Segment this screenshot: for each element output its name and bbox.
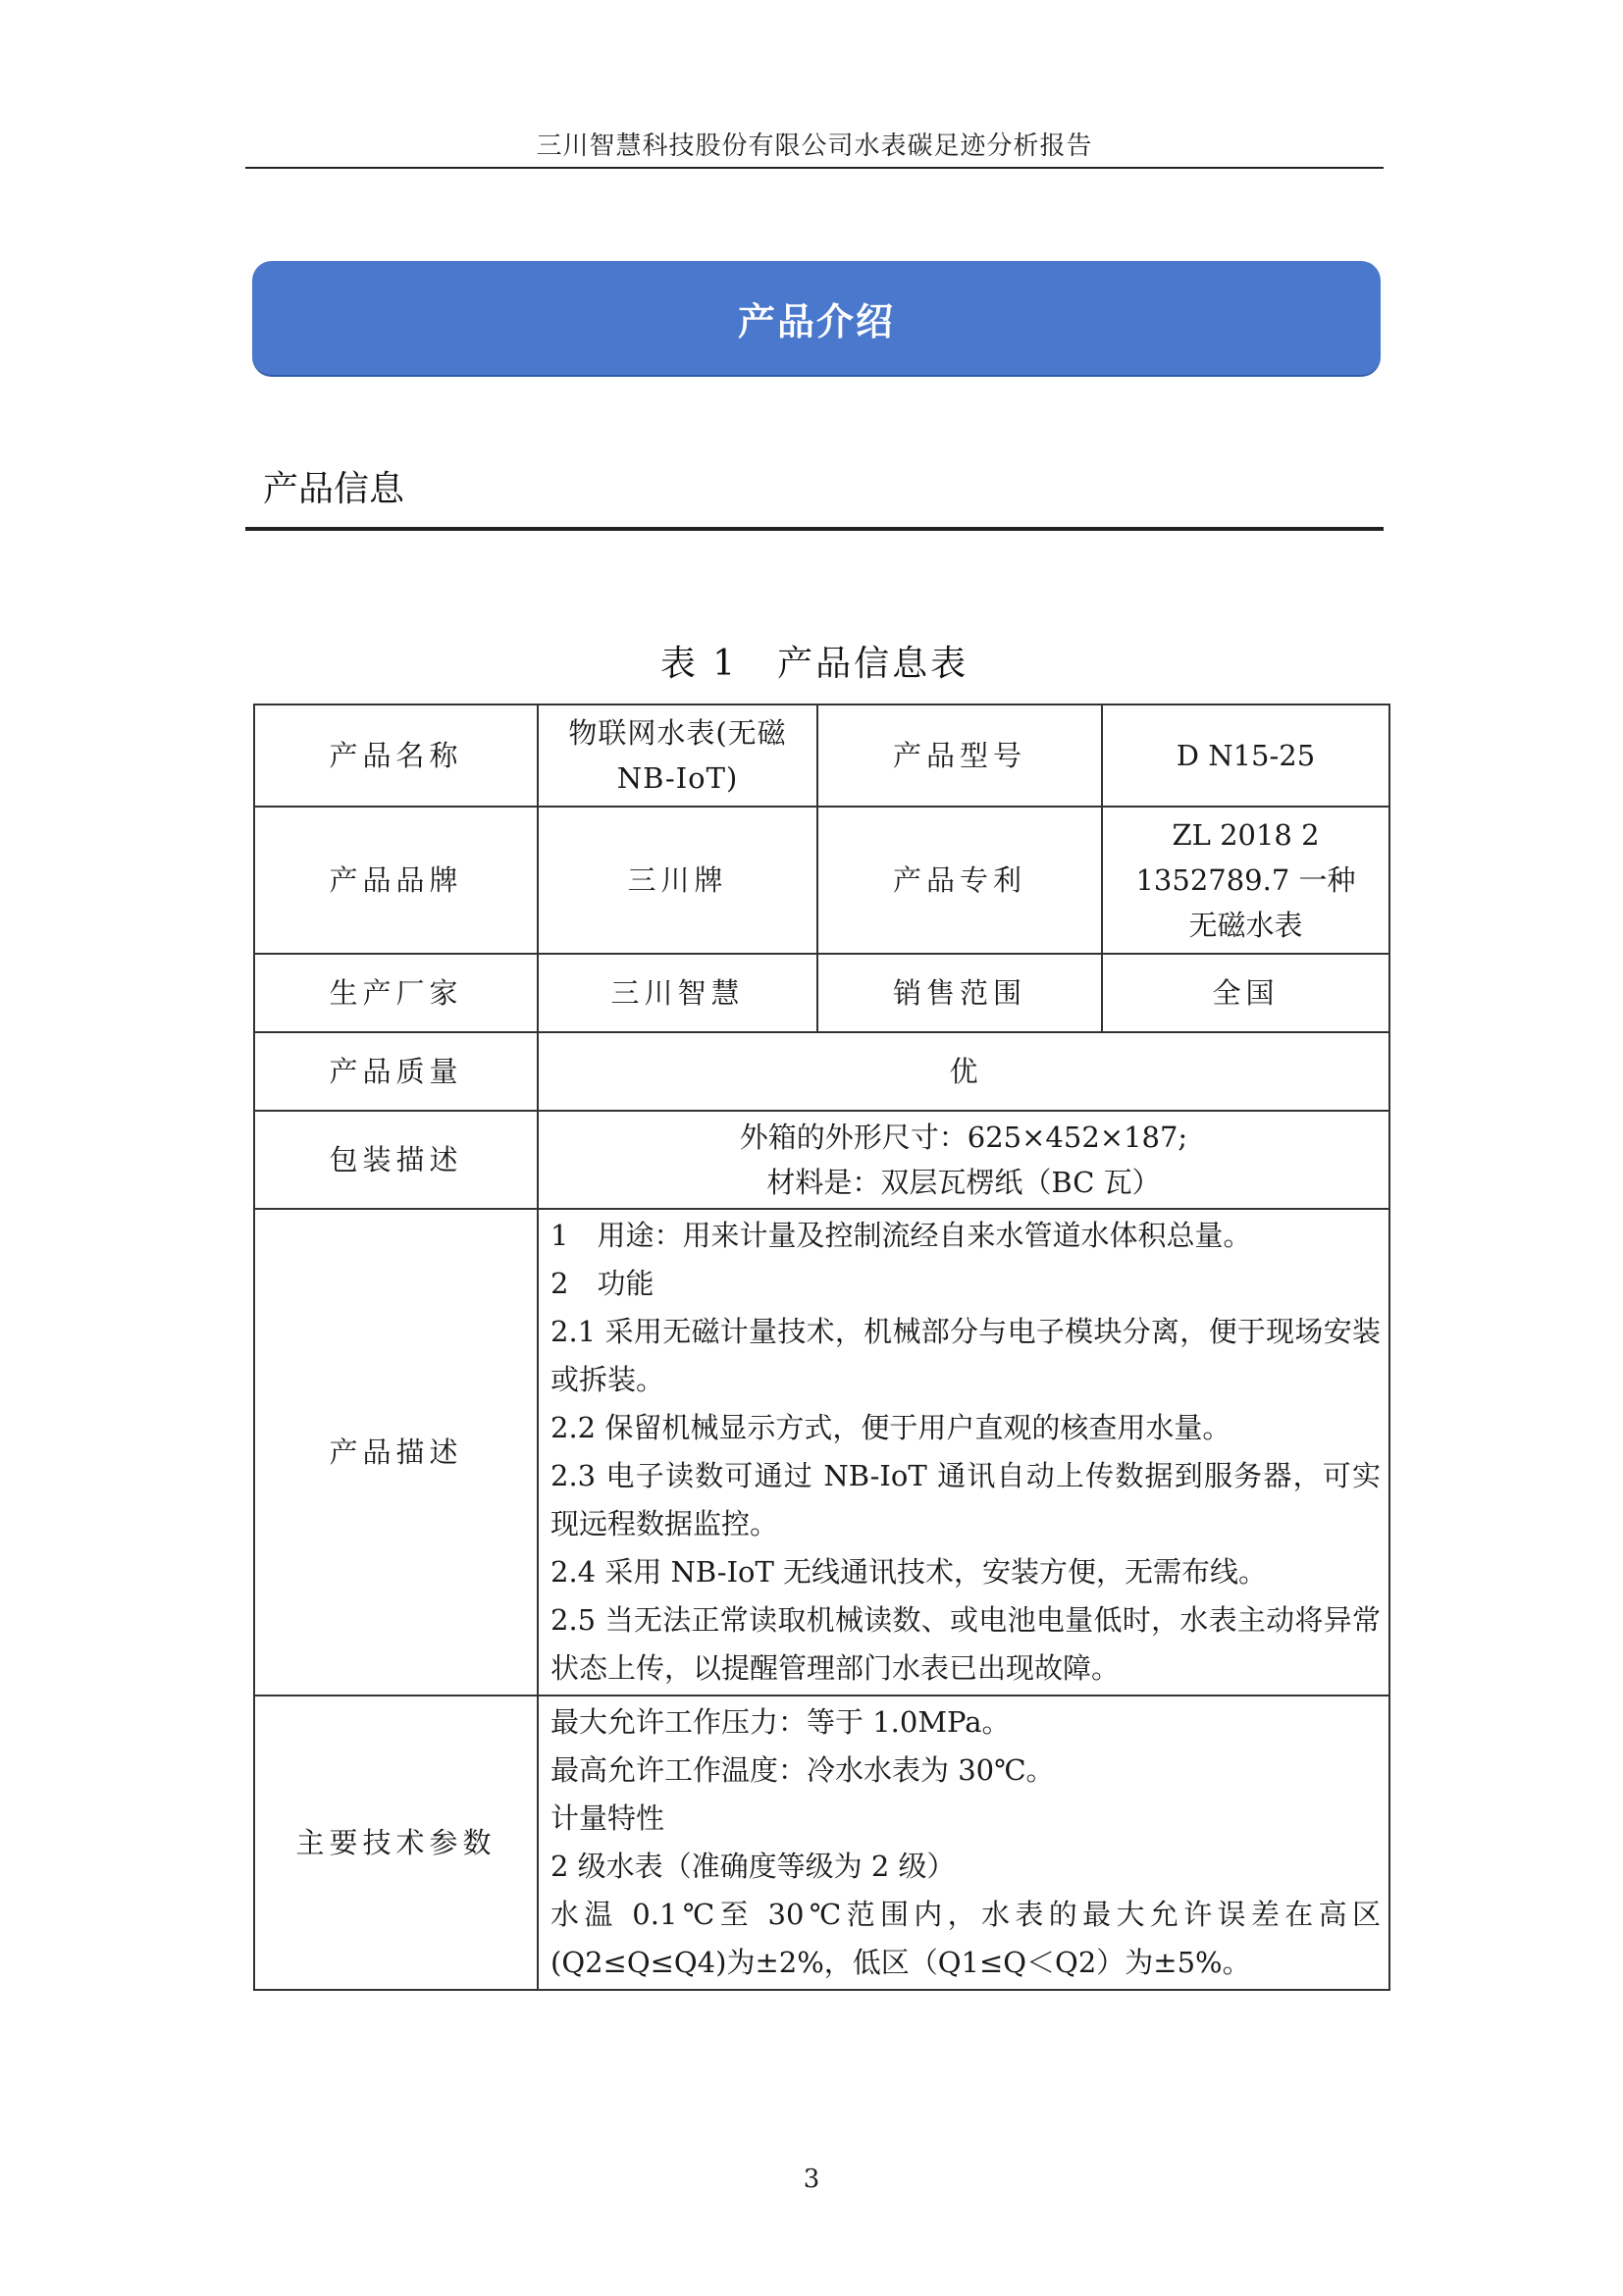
chapter-banner: 产品介绍 (252, 261, 1381, 377)
page-number: 3 (0, 2165, 1623, 2194)
specs-line: 水温 0.1℃至 30℃范围内，水表的最大允许误差在高区(Q2≤Q≤Q4)为±2… (550, 1891, 1381, 1987)
packaging-line: 外箱的外形尺寸：625×452×187; (545, 1115, 1383, 1160)
label-description: 产品描述 (254, 1209, 538, 1696)
value-specs: 最大允许工作压力：等于 1.0MPa。 最高允许工作温度：冷水水表为 30℃。 … (538, 1696, 1389, 1990)
table-caption-number: 表 1 (660, 644, 738, 684)
specs-line: 最高允许工作温度：冷水水表为 30℃。 (550, 1747, 1381, 1795)
label-product-brand: 产品品牌 (254, 807, 538, 954)
label-product-patent: 产品专利 (817, 807, 1102, 954)
label-sales-range: 销售范围 (817, 954, 1102, 1032)
table-row-product-brand: 产品品牌 三川牌 产品专利 ZL 2018 2 1352789.7 一种无磁水表 (254, 807, 1389, 954)
table-row-product-name: 产品名称 物联网水表(无磁NB-IoT) 产品型号 D N15-25 (254, 704, 1389, 807)
description-line: 2.3 电子读数可通过 NB-IoT 通讯自动上传数据到服务器，可实现远程数据监… (550, 1452, 1381, 1548)
specs-line: 2 级水表（准确度等级为 2 级） (550, 1843, 1381, 1891)
packaging-line: 材料是：双层瓦楞纸（BC 瓦） (545, 1160, 1383, 1205)
specs-line: 计量特性 (550, 1795, 1381, 1843)
specs-line: 最大允许工作压力：等于 1.0MPa。 (550, 1698, 1381, 1747)
value-product-brand: 三川牌 (538, 807, 817, 954)
description-line: 2.5 当无法正常读取机械读数、或电池电量低时，水表主动将异常状态上传，以提醒管… (550, 1596, 1381, 1693)
section-rule (245, 527, 1384, 531)
label-manufacturer: 生产厂家 (254, 954, 538, 1032)
chapter-title: 产品介绍 (738, 291, 895, 345)
value-product-name: 物联网水表(无磁NB-IoT) (538, 704, 817, 807)
table-row-manufacturer: 生产厂家 三川智慧 销售范围 全国 (254, 954, 1389, 1032)
label-product-name: 产品名称 (254, 704, 538, 807)
table-row-quality: 产品质量 优 (254, 1032, 1389, 1111)
value-manufacturer: 三川智慧 (538, 954, 817, 1032)
value-product-patent: ZL 2018 2 1352789.7 一种无磁水表 (1102, 807, 1389, 954)
header-rule (245, 167, 1384, 169)
value-sales-range: 全国 (1102, 954, 1389, 1032)
product-info-table: 产品名称 物联网水表(无磁NB-IoT) 产品型号 D N15-25 产品品牌 … (253, 704, 1390, 1991)
running-header-title: 三川智慧科技股份有限公司水表碳足迹分析报告 (245, 126, 1384, 162)
value-description: 1 用途：用来计量及控制流经自来水管道水体积总量。 2 功能 2.1 采用无磁计… (538, 1209, 1389, 1696)
table-row-packaging: 包装描述 外箱的外形尺寸：625×452×187; 材料是：双层瓦楞纸（BC 瓦… (254, 1111, 1389, 1209)
value-product-model: D N15-25 (1102, 704, 1389, 807)
description-line: 2.2 保留机械显示方式，便于用户直观的核查用水量。 (550, 1404, 1381, 1452)
description-line: 2 功能 (550, 1260, 1381, 1308)
label-packaging: 包装描述 (254, 1111, 538, 1209)
description-line: 1 用途：用来计量及控制流经自来水管道水体积总量。 (550, 1212, 1381, 1260)
table-row-description: 产品描述 1 用途：用来计量及控制流经自来水管道水体积总量。 2 功能 2.1 … (254, 1209, 1389, 1696)
label-quality: 产品质量 (254, 1032, 538, 1111)
value-packaging: 外箱的外形尺寸：625×452×187; 材料是：双层瓦楞纸（BC 瓦） (538, 1111, 1389, 1209)
description-line: 2.1 采用无磁计量技术，机械部分与电子模块分离，便于现场安装或拆装。 (550, 1308, 1381, 1404)
label-product-model: 产品型号 (817, 704, 1102, 807)
description-line: 2.4 采用 NB-IoT 无线通讯技术，安装方便，无需布线。 (550, 1548, 1381, 1596)
table-caption: 表 1产品信息表 (245, 636, 1384, 686)
value-quality: 优 (538, 1032, 1389, 1111)
table-row-specs: 主要技术参数 最大允许工作压力：等于 1.0MPa。 最高允许工作温度：冷水水表… (254, 1696, 1389, 1990)
label-specs: 主要技术参数 (254, 1696, 538, 1990)
section-title: 产品信息 (263, 461, 404, 511)
table-caption-title: 产品信息表 (777, 644, 969, 684)
